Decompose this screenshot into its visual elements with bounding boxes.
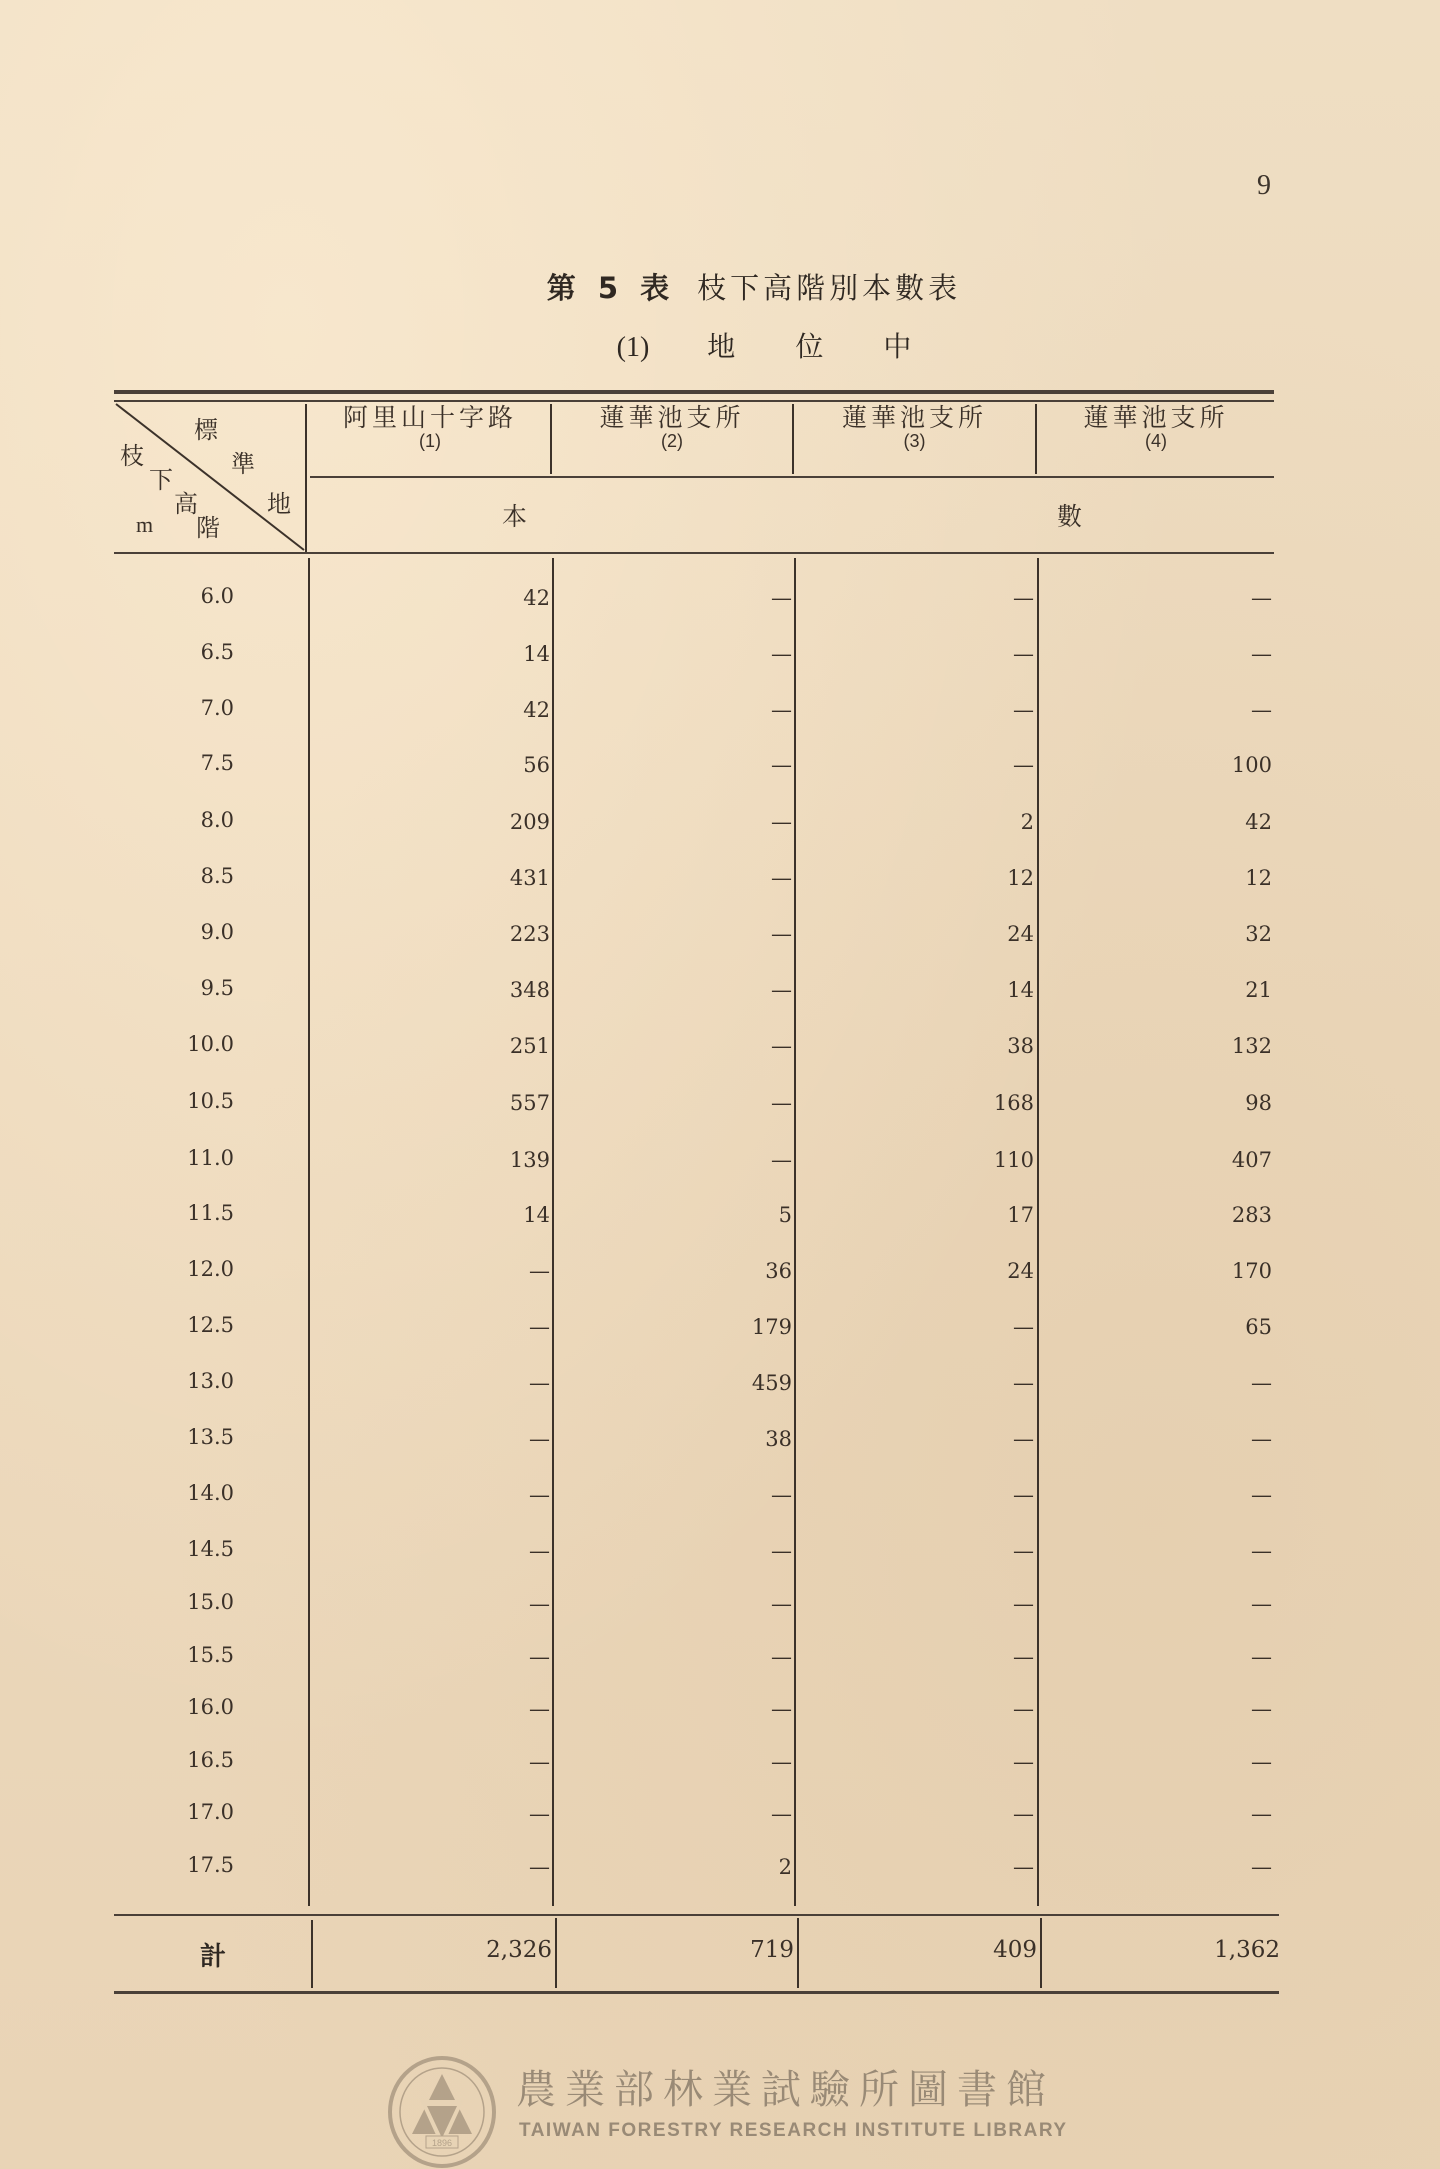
total-vline-col3 <box>1040 1918 1042 1988</box>
table-cell-col2: — <box>670 1802 792 1826</box>
body-vline-col3 <box>1037 558 1039 1906</box>
row-height-label: 6.0 <box>114 584 234 608</box>
table-cell-col1: 251 <box>428 1034 550 1058</box>
table-cell-col1: 557 <box>428 1091 550 1115</box>
unit-label-right: 數 <box>1057 497 1082 533</box>
total-vline-col1 <box>555 1918 557 1988</box>
table-cell-col1: — <box>428 1802 550 1826</box>
table-cell-col3: — <box>912 698 1034 722</box>
table-cell-col2: — <box>670 810 792 834</box>
row-height-label: 16.0 <box>114 1695 234 1719</box>
table-cell-col3: — <box>912 1539 1034 1563</box>
column-header-index: (1) <box>310 432 550 450</box>
row-height-label: 7.5 <box>114 751 234 775</box>
table-cell-col1: — <box>428 1427 550 1451</box>
table-cell-col4: — <box>1150 1855 1272 1879</box>
subtitle-char: 中 <box>883 325 911 365</box>
table-subtitle: (1)地位中 <box>0 325 1440 365</box>
corner-label-left-3: 高 <box>174 484 198 519</box>
corner-label-left-4: 階 <box>196 508 220 543</box>
table-cell-col2: — <box>670 642 792 666</box>
table-cell-col4: — <box>1150 1483 1272 1507</box>
table-cell-col3: 168 <box>912 1091 1034 1115</box>
table-cell-col3: 110 <box>912 1148 1034 1172</box>
table-cell-col3: — <box>912 1427 1034 1451</box>
library-name-chinese: 農業部林業試驗所圖書館 <box>516 2058 1055 2115</box>
table-cell-col1: 56 <box>428 753 550 777</box>
table-cell-col3: 12 <box>912 866 1034 890</box>
table-cell-col1: 223 <box>428 922 550 946</box>
column-header-2: 蓮華池支所 (2) <box>552 404 792 450</box>
table-cell-col2: — <box>670 586 792 610</box>
table-cell-col3: — <box>912 1483 1034 1507</box>
subtitle-char: 地 <box>707 325 735 365</box>
table-cell-col4: — <box>1150 1697 1272 1721</box>
table-cell-col3: — <box>912 1802 1034 1826</box>
row-height-label: 11.0 <box>114 1146 234 1170</box>
table-cell-col4: 407 <box>1150 1148 1272 1172</box>
table-cell-col4: — <box>1150 1371 1272 1395</box>
table-cell-col3: — <box>912 753 1034 777</box>
row-height-label: 17.0 <box>114 1800 234 1824</box>
header-bottom-rule <box>114 552 1274 554</box>
table-top-thick-rule <box>114 390 1274 394</box>
body-vline-col1 <box>552 558 554 1906</box>
table-cell-col3: — <box>912 1315 1034 1339</box>
total-vline-stub <box>311 1920 313 1988</box>
total-label: 計 <box>200 1936 226 1973</box>
corner-label-left-2: 下 <box>149 460 173 495</box>
column-header-divider <box>310 476 1274 478</box>
column-header-1: 阿里山十字路 (1) <box>310 404 550 450</box>
table-cell-col2: — <box>670 1034 792 1058</box>
table-cell-col3: — <box>912 1592 1034 1616</box>
row-height-label: 15.5 <box>114 1643 234 1667</box>
table-cell-col1: 209 <box>428 810 550 834</box>
table-cell-col2: — <box>670 1592 792 1616</box>
table-cell-col4: 32 <box>1150 922 1272 946</box>
institute-emblem-icon: 1896 <box>380 2052 504 2169</box>
table-cell-col4: 65 <box>1150 1315 1272 1339</box>
table-title-text: 枝下高階別本數表 <box>697 271 961 305</box>
table-cell-col4: — <box>1150 1645 1272 1669</box>
table-cell-col2: 459 <box>670 1371 792 1395</box>
table-cell-col1: 42 <box>428 698 550 722</box>
table-cell-col2: — <box>670 1091 792 1115</box>
table-cell-col1: — <box>428 1259 550 1283</box>
row-height-label: 11.5 <box>114 1201 234 1225</box>
table-cell-col3: — <box>912 1645 1034 1669</box>
column-header-name: 蓮華池支所 <box>794 404 1035 432</box>
row-height-label: 9.5 <box>114 976 234 1000</box>
table-cell-col3: — <box>912 642 1034 666</box>
table-cell-col2: 38 <box>670 1427 792 1451</box>
table-cell-col2: — <box>670 1148 792 1172</box>
column-header-4: 蓮華池支所 (4) <box>1037 404 1275 450</box>
page-number: 9 <box>1257 170 1271 202</box>
table-cell-col1: — <box>428 1645 550 1669</box>
row-height-label: 14.5 <box>114 1537 234 1561</box>
table-cell-col3: — <box>912 1697 1034 1721</box>
table-cell-col1: 431 <box>428 866 550 890</box>
row-height-label: 7.0 <box>114 696 234 720</box>
body-vline-stub <box>308 558 310 1906</box>
table-cell-col2: — <box>670 1750 792 1774</box>
table-cell-col1: — <box>428 1697 550 1721</box>
total-cell-col4: 1,362 <box>1125 1937 1280 1963</box>
table-cell-col1: 348 <box>428 978 550 1002</box>
row-height-label: 13.0 <box>114 1369 234 1393</box>
row-height-label: 14.0 <box>114 1481 234 1505</box>
row-height-label: 10.5 <box>114 1089 234 1113</box>
table-cell-col4: — <box>1150 1539 1272 1563</box>
column-header-3: 蓮華池支所 (3) <box>794 404 1035 450</box>
table-cell-col1: 14 <box>428 642 550 666</box>
table-cell-col2: — <box>670 866 792 890</box>
row-height-label: 12.5 <box>114 1313 234 1337</box>
table-title: 第 5 表枝下高階別本數表 <box>0 266 1440 307</box>
table-cell-col4: — <box>1150 698 1272 722</box>
table-cell-col3: 17 <box>912 1203 1034 1227</box>
column-header-index: (3) <box>794 432 1035 450</box>
table-cell-col3: 2 <box>912 810 1034 834</box>
table-cell-col4: — <box>1150 586 1272 610</box>
corner-label-far: 地 <box>267 484 291 519</box>
table-cell-col2: — <box>670 1483 792 1507</box>
table-number: 第 5 表 <box>547 271 675 305</box>
table-cell-col3: — <box>912 586 1034 610</box>
total-cell-col2: 719 <box>642 1937 794 1963</box>
table-cell-col2: — <box>670 753 792 777</box>
corner-label-left-1: 枝 <box>120 436 144 471</box>
table-cell-col4: 170 <box>1150 1259 1272 1283</box>
table-cell-col3: — <box>912 1750 1034 1774</box>
table-cell-col1: — <box>428 1371 550 1395</box>
row-height-label: 16.5 <box>114 1748 234 1772</box>
row-height-label: 10.0 <box>114 1032 234 1056</box>
body-bottom-rule <box>114 1914 1279 1916</box>
table-cell-col3: 24 <box>912 1259 1034 1283</box>
table-cell-col4: 12 <box>1150 866 1272 890</box>
corner-label-mid: 準 <box>231 444 255 479</box>
row-height-label: 6.5 <box>114 640 234 664</box>
library-name-english: TAIWAN FORESTRY RESEARCH INSTITUTE LIBRA… <box>519 2120 1068 2142</box>
table-cell-col3: 38 <box>912 1034 1034 1058</box>
table-cell-col1: — <box>428 1855 550 1879</box>
body-vline-col2 <box>794 558 796 1906</box>
table-cell-col4: 21 <box>1150 978 1272 1002</box>
table-cell-col2: — <box>670 1539 792 1563</box>
table-cell-col2: — <box>670 1697 792 1721</box>
column-header-index: (2) <box>552 432 792 450</box>
table-cell-col3: — <box>912 1855 1034 1879</box>
table-cell-col1: — <box>428 1539 550 1563</box>
table-cell-col4: 100 <box>1150 753 1272 777</box>
row-height-label: 8.0 <box>114 808 234 832</box>
column-header-name: 阿里山十字路 <box>310 404 550 432</box>
table-cell-col2: — <box>670 922 792 946</box>
row-height-label: 17.5 <box>114 1853 234 1877</box>
table-cell-col1: 42 <box>428 586 550 610</box>
table-cell-col4: 42 <box>1150 810 1272 834</box>
column-header-index: (4) <box>1037 432 1275 450</box>
row-height-label: 12.0 <box>114 1257 234 1281</box>
total-cell-col3: 409 <box>885 1937 1037 1963</box>
table-cell-col1: — <box>428 1750 550 1774</box>
table-cell-col2: 5 <box>670 1203 792 1227</box>
row-height-label: 8.5 <box>114 864 234 888</box>
table-cell-col1: 139 <box>428 1148 550 1172</box>
table-cell-col4: — <box>1150 1592 1272 1616</box>
table-cell-col4: — <box>1150 1802 1272 1826</box>
table-cell-col4: — <box>1150 1427 1272 1451</box>
row-height-label: 15.0 <box>114 1590 234 1614</box>
table-cell-col3: 24 <box>912 922 1034 946</box>
table-cell-col3: — <box>912 1371 1034 1395</box>
table-cell-col3: 14 <box>912 978 1034 1002</box>
table-cell-col2: 179 <box>670 1315 792 1339</box>
table-cell-col2: — <box>670 698 792 722</box>
table-cell-col1: — <box>428 1483 550 1507</box>
row-height-label: 13.5 <box>114 1425 234 1449</box>
subtitle-char: 位 <box>795 325 823 365</box>
corner-label-unit: m <box>136 512 153 538</box>
table-cell-col4: — <box>1150 1750 1272 1774</box>
table-cell-col1: — <box>428 1315 550 1339</box>
corner-header: 標 準 地 枝 下 高 階 m <box>114 400 306 552</box>
table-cell-col4: 283 <box>1150 1203 1272 1227</box>
column-header-name: 蓮華池支所 <box>1037 404 1275 432</box>
table-cell-col4: 98 <box>1150 1091 1272 1115</box>
table-cell-col1: — <box>428 1592 550 1616</box>
corner-label-top: 標 <box>194 410 218 445</box>
row-height-label: 9.0 <box>114 920 234 944</box>
table-bottom-rule <box>114 1991 1279 1994</box>
subtitle-number: (1) <box>617 332 650 364</box>
table-cell-col2: — <box>670 1645 792 1669</box>
column-header-name: 蓮華池支所 <box>552 404 792 432</box>
total-vline-col2 <box>797 1918 799 1988</box>
svg-text:1896: 1896 <box>432 2138 452 2148</box>
table-cell-col2: 2 <box>670 1855 792 1879</box>
unit-label-left: 本 <box>502 497 527 533</box>
table-cell-col1: 14 <box>428 1203 550 1227</box>
total-cell-col1: 2,326 <box>400 1937 552 1963</box>
table-cell-col2: 36 <box>670 1259 792 1283</box>
table-cell-col2: — <box>670 978 792 1002</box>
table-cell-col4: 132 <box>1150 1034 1272 1058</box>
table-cell-col4: — <box>1150 642 1272 666</box>
